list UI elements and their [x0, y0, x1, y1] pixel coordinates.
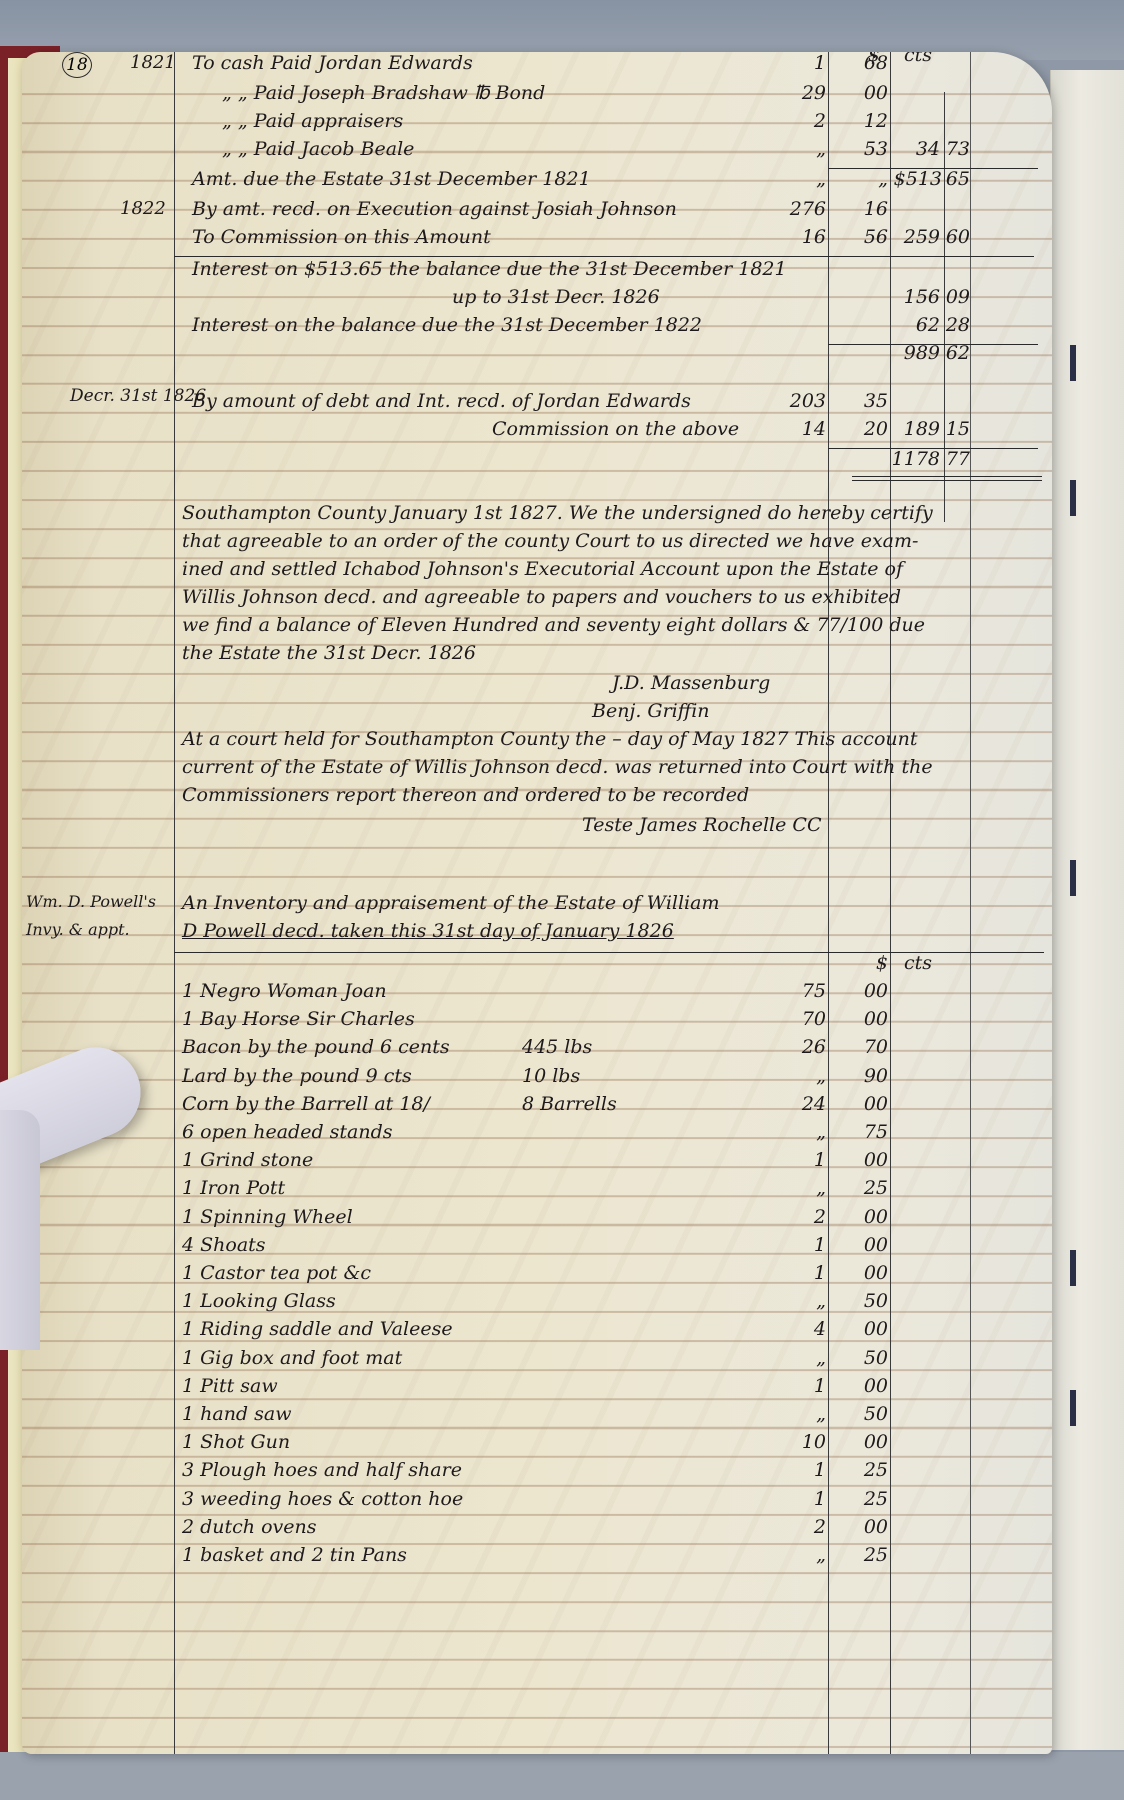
- entry-total-cents: 65: [942, 168, 970, 190]
- item-cents: 00: [860, 1093, 888, 1115]
- entry-text: Commission on the above: [492, 418, 739, 440]
- margin-note: Wm. D. Powell's: [26, 892, 156, 911]
- item-cents: 25: [860, 1544, 888, 1566]
- inventory-item: 3 Plough hoes and half share125: [22, 1459, 1052, 1487]
- item-cents: 25: [860, 1177, 888, 1199]
- item-description: 3 weeding hoes & cotton hoe: [182, 1488, 463, 1510]
- account-row: To Commission on this Amount 16 56 259 6…: [22, 226, 1052, 254]
- item-description: 1 Spinning Wheel: [182, 1206, 353, 1228]
- entry-dollars: 16: [792, 226, 826, 248]
- entry-dollars: „: [792, 168, 826, 190]
- gloved-hand: [0, 1110, 40, 1350]
- entry-total-cents: 62: [942, 342, 970, 364]
- entry-cents: 00: [860, 82, 888, 104]
- background-bottom: [0, 1752, 1124, 1800]
- item-dollars: 1: [792, 1488, 826, 1510]
- certificate-line: that agreeable to an order of the county…: [182, 530, 918, 552]
- entry-total-cents: 77: [942, 448, 970, 470]
- inventory-item: 1 Negro Woman Joan7500: [22, 980, 1052, 1008]
- inventory-item: 1 Riding saddle and Valeese400: [22, 1318, 1052, 1346]
- item-dollars: 2: [792, 1516, 826, 1538]
- signature: J.D. Massenburg: [612, 672, 770, 694]
- item-cents: 00: [860, 1431, 888, 1453]
- inventory-item: 4 Shoats100: [22, 1234, 1052, 1262]
- item-description: 3 Plough hoes and half share: [182, 1459, 462, 1481]
- item-cents: 00: [860, 1262, 888, 1284]
- account-row: 1821 To cash Paid Jordan Edwards 1 68: [22, 52, 1052, 80]
- entry-dollars: 1: [792, 52, 826, 74]
- entry-text: By amount of debt and Int. recd. of Jord…: [192, 390, 691, 412]
- item-description: Bacon by the pound 6 cents: [182, 1036, 450, 1058]
- account-row: Amt. due the Estate 31st December 1821 „…: [22, 168, 1052, 196]
- entry-total-dollars: $513: [882, 168, 942, 190]
- entry-text: Amt. due the Estate 31st December 1821: [192, 168, 591, 190]
- item-dollars: 1: [792, 1375, 826, 1397]
- item-description: 1 Shot Gun: [182, 1431, 290, 1453]
- court-record-line: At a court held for Southampton County t…: [182, 728, 918, 750]
- item-dollars: „: [792, 1065, 826, 1087]
- certificate-line: the Estate the 31st Decr. 1826: [182, 642, 476, 664]
- entry-date: 1821: [130, 52, 176, 73]
- item-description: Lard by the pound 9 cts: [182, 1065, 412, 1087]
- entry-text: Interest on the balance due the 31st Dec…: [192, 314, 702, 336]
- entry-dollars: 29: [792, 82, 826, 104]
- item-dollars: 1: [792, 1234, 826, 1256]
- inventory-title: An Inventory and appraisement of the Est…: [182, 892, 719, 914]
- item-cents: 70: [860, 1036, 888, 1058]
- account-row: „ „ Paid Joseph Bradshaw ℔ Bond 29 00: [22, 82, 1052, 110]
- entry-cents: 16: [860, 198, 888, 220]
- certificate-line: Southampton County January 1st 1827. We …: [182, 502, 933, 524]
- entry-text: up to 31st Decr. 1826: [452, 286, 660, 308]
- account-row: 989 62: [22, 342, 1052, 370]
- title-rule: [174, 952, 1044, 953]
- item-dollars: 4: [792, 1318, 826, 1340]
- entry-total-dollars: 62: [900, 314, 940, 336]
- entry-cents: 35: [860, 390, 888, 412]
- cents-header: cts: [902, 952, 932, 974]
- item-quantity: 445 lbs: [522, 1036, 592, 1058]
- inventory-item: 1 Pitt saw100: [22, 1375, 1052, 1403]
- entry-text: „ „ Paid Joseph Bradshaw ℔ Bond: [222, 82, 545, 104]
- item-cents: 50: [860, 1347, 888, 1369]
- inventory-item: Lard by the pound 9 cts10 lbs„90: [22, 1065, 1052, 1093]
- item-dollars: „: [792, 1177, 826, 1199]
- entry-cents: 68: [860, 52, 888, 74]
- inventory-item: 1 Iron Pott„25: [22, 1177, 1052, 1205]
- entry-text: To Commission on this Amount: [192, 226, 491, 248]
- item-dollars: 1: [792, 1459, 826, 1481]
- item-dollars: 1: [792, 1149, 826, 1171]
- entry-text: „ „ Paid Jacob Beale: [222, 138, 414, 160]
- inventory-item: Corn by the Barrell at 18/8 Barrells2400: [22, 1093, 1052, 1121]
- item-cents: 00: [860, 980, 888, 1002]
- entry-cents: 56: [860, 226, 888, 248]
- clerk-attestation: Teste James Rochelle CC: [582, 814, 822, 836]
- item-cents: 00: [860, 1008, 888, 1030]
- adjacent-page: [1050, 70, 1124, 1750]
- total-double-rule: [852, 480, 1042, 481]
- account-row: Interest on the balance due the 31st Dec…: [22, 314, 1052, 342]
- account-row: Decr. 31st 1826 By amount of debt and In…: [22, 390, 1052, 418]
- certificate-line: Willis Johnson decd. and agreeable to pa…: [182, 586, 901, 608]
- entry-dollars: 2: [792, 110, 826, 132]
- item-description: 1 Negro Woman Joan: [182, 980, 387, 1002]
- item-dollars: 70: [792, 1008, 826, 1030]
- item-description: 1 Looking Glass: [182, 1290, 336, 1312]
- inventory-item: 1 Looking Glass„50: [22, 1290, 1052, 1318]
- item-description: 1 Grind stone: [182, 1149, 313, 1171]
- inventory-item: 1 Spinning Wheel200: [22, 1206, 1052, 1234]
- item-cents: 25: [860, 1459, 888, 1481]
- inventory-item: 1 Shot Gun1000: [22, 1431, 1052, 1459]
- entry-text: To cash Paid Jordan Edwards: [192, 52, 473, 74]
- item-dollars: „: [792, 1290, 826, 1312]
- entry-total-dollars: 1178: [884, 448, 940, 470]
- entry-total-cents: 15: [942, 418, 970, 440]
- tab-marker: [1070, 480, 1076, 516]
- entry-text: Interest on $513.65 the balance due the …: [192, 258, 787, 280]
- entry-total-dollars: 34: [900, 138, 940, 160]
- entry-date: Decr. 31st 1826: [70, 386, 206, 406]
- item-dollars: 1: [792, 1262, 826, 1284]
- entry-cents: 53: [860, 138, 888, 160]
- item-cents: 25: [860, 1488, 888, 1510]
- entry-total-dollars: 156: [900, 286, 940, 308]
- item-description: 1 Iron Pott: [182, 1177, 285, 1199]
- entry-total-cents: 60: [942, 226, 970, 248]
- inventory-item: 1 Castor tea pot &c100: [22, 1262, 1052, 1290]
- entry-total-dollars: 189: [900, 418, 940, 440]
- certificate-line: ined and settled Ichabod Johnson's Execu…: [182, 558, 903, 580]
- inventory-item: 1 Grind stone100: [22, 1149, 1052, 1177]
- tab-marker: [1070, 1250, 1076, 1286]
- account-row: Commission on the above 14 20 189 15: [22, 418, 1052, 446]
- entry-text: „ „ Paid appraisers: [222, 110, 403, 132]
- item-cents: 75: [860, 1121, 888, 1143]
- inventory-item: 2 dutch ovens200: [22, 1516, 1052, 1544]
- item-cents: 00: [860, 1149, 888, 1171]
- item-cents: 00: [860, 1375, 888, 1397]
- item-description: 1 hand saw: [182, 1403, 291, 1425]
- entry-total-cents: 73: [942, 138, 970, 160]
- entry-dollars: „: [792, 138, 826, 160]
- item-description: 1 Pitt saw: [182, 1375, 278, 1397]
- entry-dollars: 14: [792, 418, 826, 440]
- court-record-line: current of the Estate of Willis Johnson …: [182, 756, 933, 778]
- inventory-item: 6 open headed stands„75: [22, 1121, 1052, 1149]
- item-dollars: „: [792, 1347, 826, 1369]
- entry-total-dollars: 989: [892, 342, 940, 364]
- entry-total-dollars: 259: [900, 226, 940, 248]
- entry-total-cents: 28: [942, 314, 970, 336]
- item-description: 2 dutch ovens: [182, 1516, 316, 1538]
- item-dollars: „: [792, 1121, 826, 1143]
- item-cents: 90: [860, 1065, 888, 1087]
- item-dollars: 75: [792, 980, 826, 1002]
- item-cents: 50: [860, 1290, 888, 1312]
- item-cents: 00: [860, 1206, 888, 1228]
- item-dollars: 26: [792, 1036, 826, 1058]
- item-cents: 00: [860, 1318, 888, 1340]
- entry-dollars: 276: [782, 198, 826, 220]
- tab-marker: [1070, 345, 1076, 381]
- item-dollars: 2: [792, 1206, 826, 1228]
- account-row: Interest on $513.65 the balance due the …: [22, 258, 1052, 286]
- entry-cents: 20: [860, 418, 888, 440]
- item-quantity: 10 lbs: [522, 1065, 580, 1087]
- item-description: 1 Castor tea pot &c: [182, 1262, 371, 1284]
- margin-note: Invy. & appt.: [26, 920, 130, 939]
- entry-text: By amt. recd. on Execution against Josia…: [192, 198, 677, 220]
- item-cents: 00: [860, 1234, 888, 1256]
- item-description: 1 Gig box and foot mat: [182, 1347, 402, 1369]
- item-description: Corn by the Barrell at 18/: [182, 1093, 430, 1115]
- entry-cents: 12: [860, 110, 888, 132]
- item-description: 1 basket and 2 tin Pans: [182, 1544, 407, 1566]
- item-description: 4 Shoats: [182, 1234, 266, 1256]
- inventory-item: Bacon by the pound 6 cents445 lbs2670: [22, 1036, 1052, 1064]
- inventory-item: 1 Bay Horse Sir Charles7000: [22, 1008, 1052, 1036]
- item-quantity: 8 Barrells: [522, 1093, 617, 1115]
- court-record-line: Commissioners report thereon and ordered…: [182, 784, 749, 806]
- entry-total-cents: 09: [942, 286, 970, 308]
- account-row: „ „ Paid appraisers 2 12: [22, 110, 1052, 138]
- certificate-line: we find a balance of Eleven Hundred and …: [182, 614, 925, 636]
- item-description: 1 Bay Horse Sir Charles: [182, 1008, 415, 1030]
- inventory-item: 1 Gig box and foot mat„50: [22, 1347, 1052, 1375]
- dollars-header: $: [860, 952, 888, 974]
- item-dollars: 10: [792, 1431, 826, 1453]
- item-dollars: 24: [792, 1093, 826, 1115]
- tab-marker: [1070, 1390, 1076, 1426]
- item-cents: 50: [860, 1403, 888, 1425]
- inventory-item: 3 weeding hoes & cotton hoe125: [22, 1488, 1052, 1516]
- entry-date: 1822: [120, 198, 166, 219]
- background-top: [0, 0, 1124, 60]
- section-rule: [174, 256, 1034, 257]
- total-double-rule: [852, 476, 1042, 477]
- account-row: 1822 By amt. recd. on Execution against …: [22, 198, 1052, 226]
- account-row: up to 31st Decr. 1826 156 09: [22, 286, 1052, 314]
- inventory-item: 1 basket and 2 tin Pans„25: [22, 1544, 1052, 1572]
- entry-dollars: 203: [782, 390, 826, 412]
- inventory-item: 1 hand saw„50: [22, 1403, 1052, 1431]
- signature: Benj. Griffin: [592, 700, 710, 722]
- item-dollars: „: [792, 1403, 826, 1425]
- item-description: 1 Riding saddle and Valeese: [182, 1318, 453, 1340]
- tab-marker: [1070, 860, 1076, 896]
- inventory-title: D Powell decd. taken this 31st day of Ja…: [182, 920, 674, 942]
- account-row: „ „ Paid Jacob Beale „ 53 34 73: [22, 138, 1052, 166]
- item-dollars: „: [792, 1544, 826, 1566]
- account-row: 1178 77: [22, 448, 1052, 476]
- item-description: 6 open headed stands: [182, 1121, 393, 1143]
- ledger-page: 18 $ cts 1821 To cash Paid Jordan Edward…: [22, 52, 1052, 1754]
- item-cents: 00: [860, 1516, 888, 1538]
